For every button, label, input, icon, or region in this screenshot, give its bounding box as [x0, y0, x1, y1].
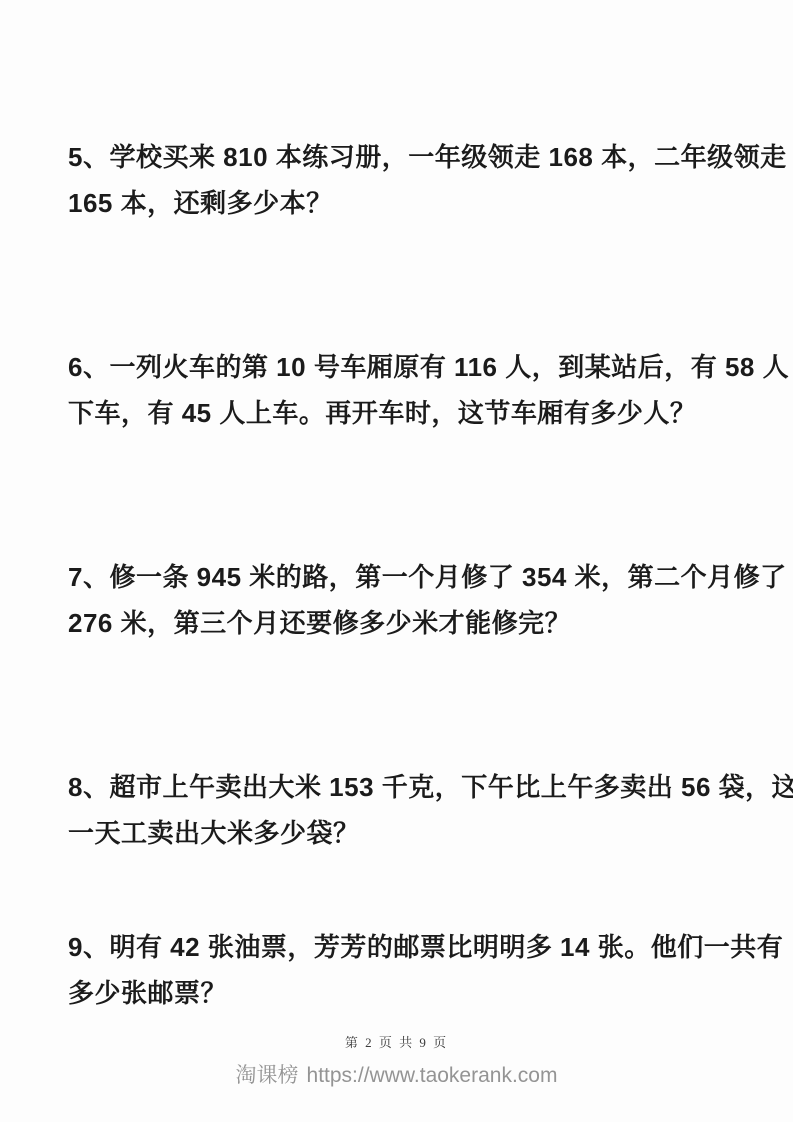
- problem-9: 9、明有 42 张油票，芳芳的邮票比明明多 14 张。他们一共有 多少张邮票？: [68, 924, 737, 1016]
- problem-7-line-2: 276 米，第三个月还要修多少米才能修完？: [68, 600, 737, 646]
- problem-9-line-1: 9、明有 42 张油票，芳芳的邮票比明明多 14 张。他们一共有: [68, 924, 737, 970]
- site-url-link[interactable]: https://www.taokerank.com: [307, 1064, 558, 1087]
- problem-9-line-2: 多少张邮票？: [68, 970, 737, 1016]
- problem-8-line-2: 一天工卖出大米多少袋？: [68, 810, 737, 856]
- problem-6-line-1: 6、一列火车的第 10 号车厢原有 116 人，到某站后，有 58 人: [68, 344, 737, 390]
- problem-6: 6、一列火车的第 10 号车厢原有 116 人，到某站后，有 58 人 下车，有…: [68, 344, 737, 436]
- problem-7-line-1: 7、修一条 945 米的路，第一个月修了 354 米，第二个月修了: [68, 554, 737, 600]
- problem-8-line-1: 8、超市上午卖出大米 153 千克，下午比上午多卖出 56 袋，这: [68, 764, 737, 810]
- worksheet-page: 5、学校买来 810 本练习册，一年级领走 168 本，二年级领走 165 本，…: [0, 0, 793, 1122]
- problem-5-line-2: 165 本，还剩多少本？: [68, 180, 737, 226]
- page-number-indicator: 第 2 页 共 9 页: [0, 1034, 793, 1052]
- site-name: 淘课榜: [236, 1064, 299, 1087]
- problem-5-line-1: 5、学校买来 810 本练习册，一年级领走 168 本，二年级领走: [68, 134, 737, 180]
- problem-5: 5、学校买来 810 本练习册，一年级领走 168 本，二年级领走 165 本，…: [68, 134, 737, 226]
- problem-7: 7、修一条 945 米的路，第一个月修了 354 米，第二个月修了 276 米，…: [68, 554, 737, 646]
- problem-8: 8、超市上午卖出大米 153 千克，下午比上午多卖出 56 袋，这 一天工卖出大…: [68, 764, 737, 856]
- site-attribution: 淘课榜https://www.taokerank.com: [0, 1062, 793, 1090]
- problem-6-line-2: 下车，有 45 人上车。再开车时，这节车厢有多少人？: [68, 390, 737, 436]
